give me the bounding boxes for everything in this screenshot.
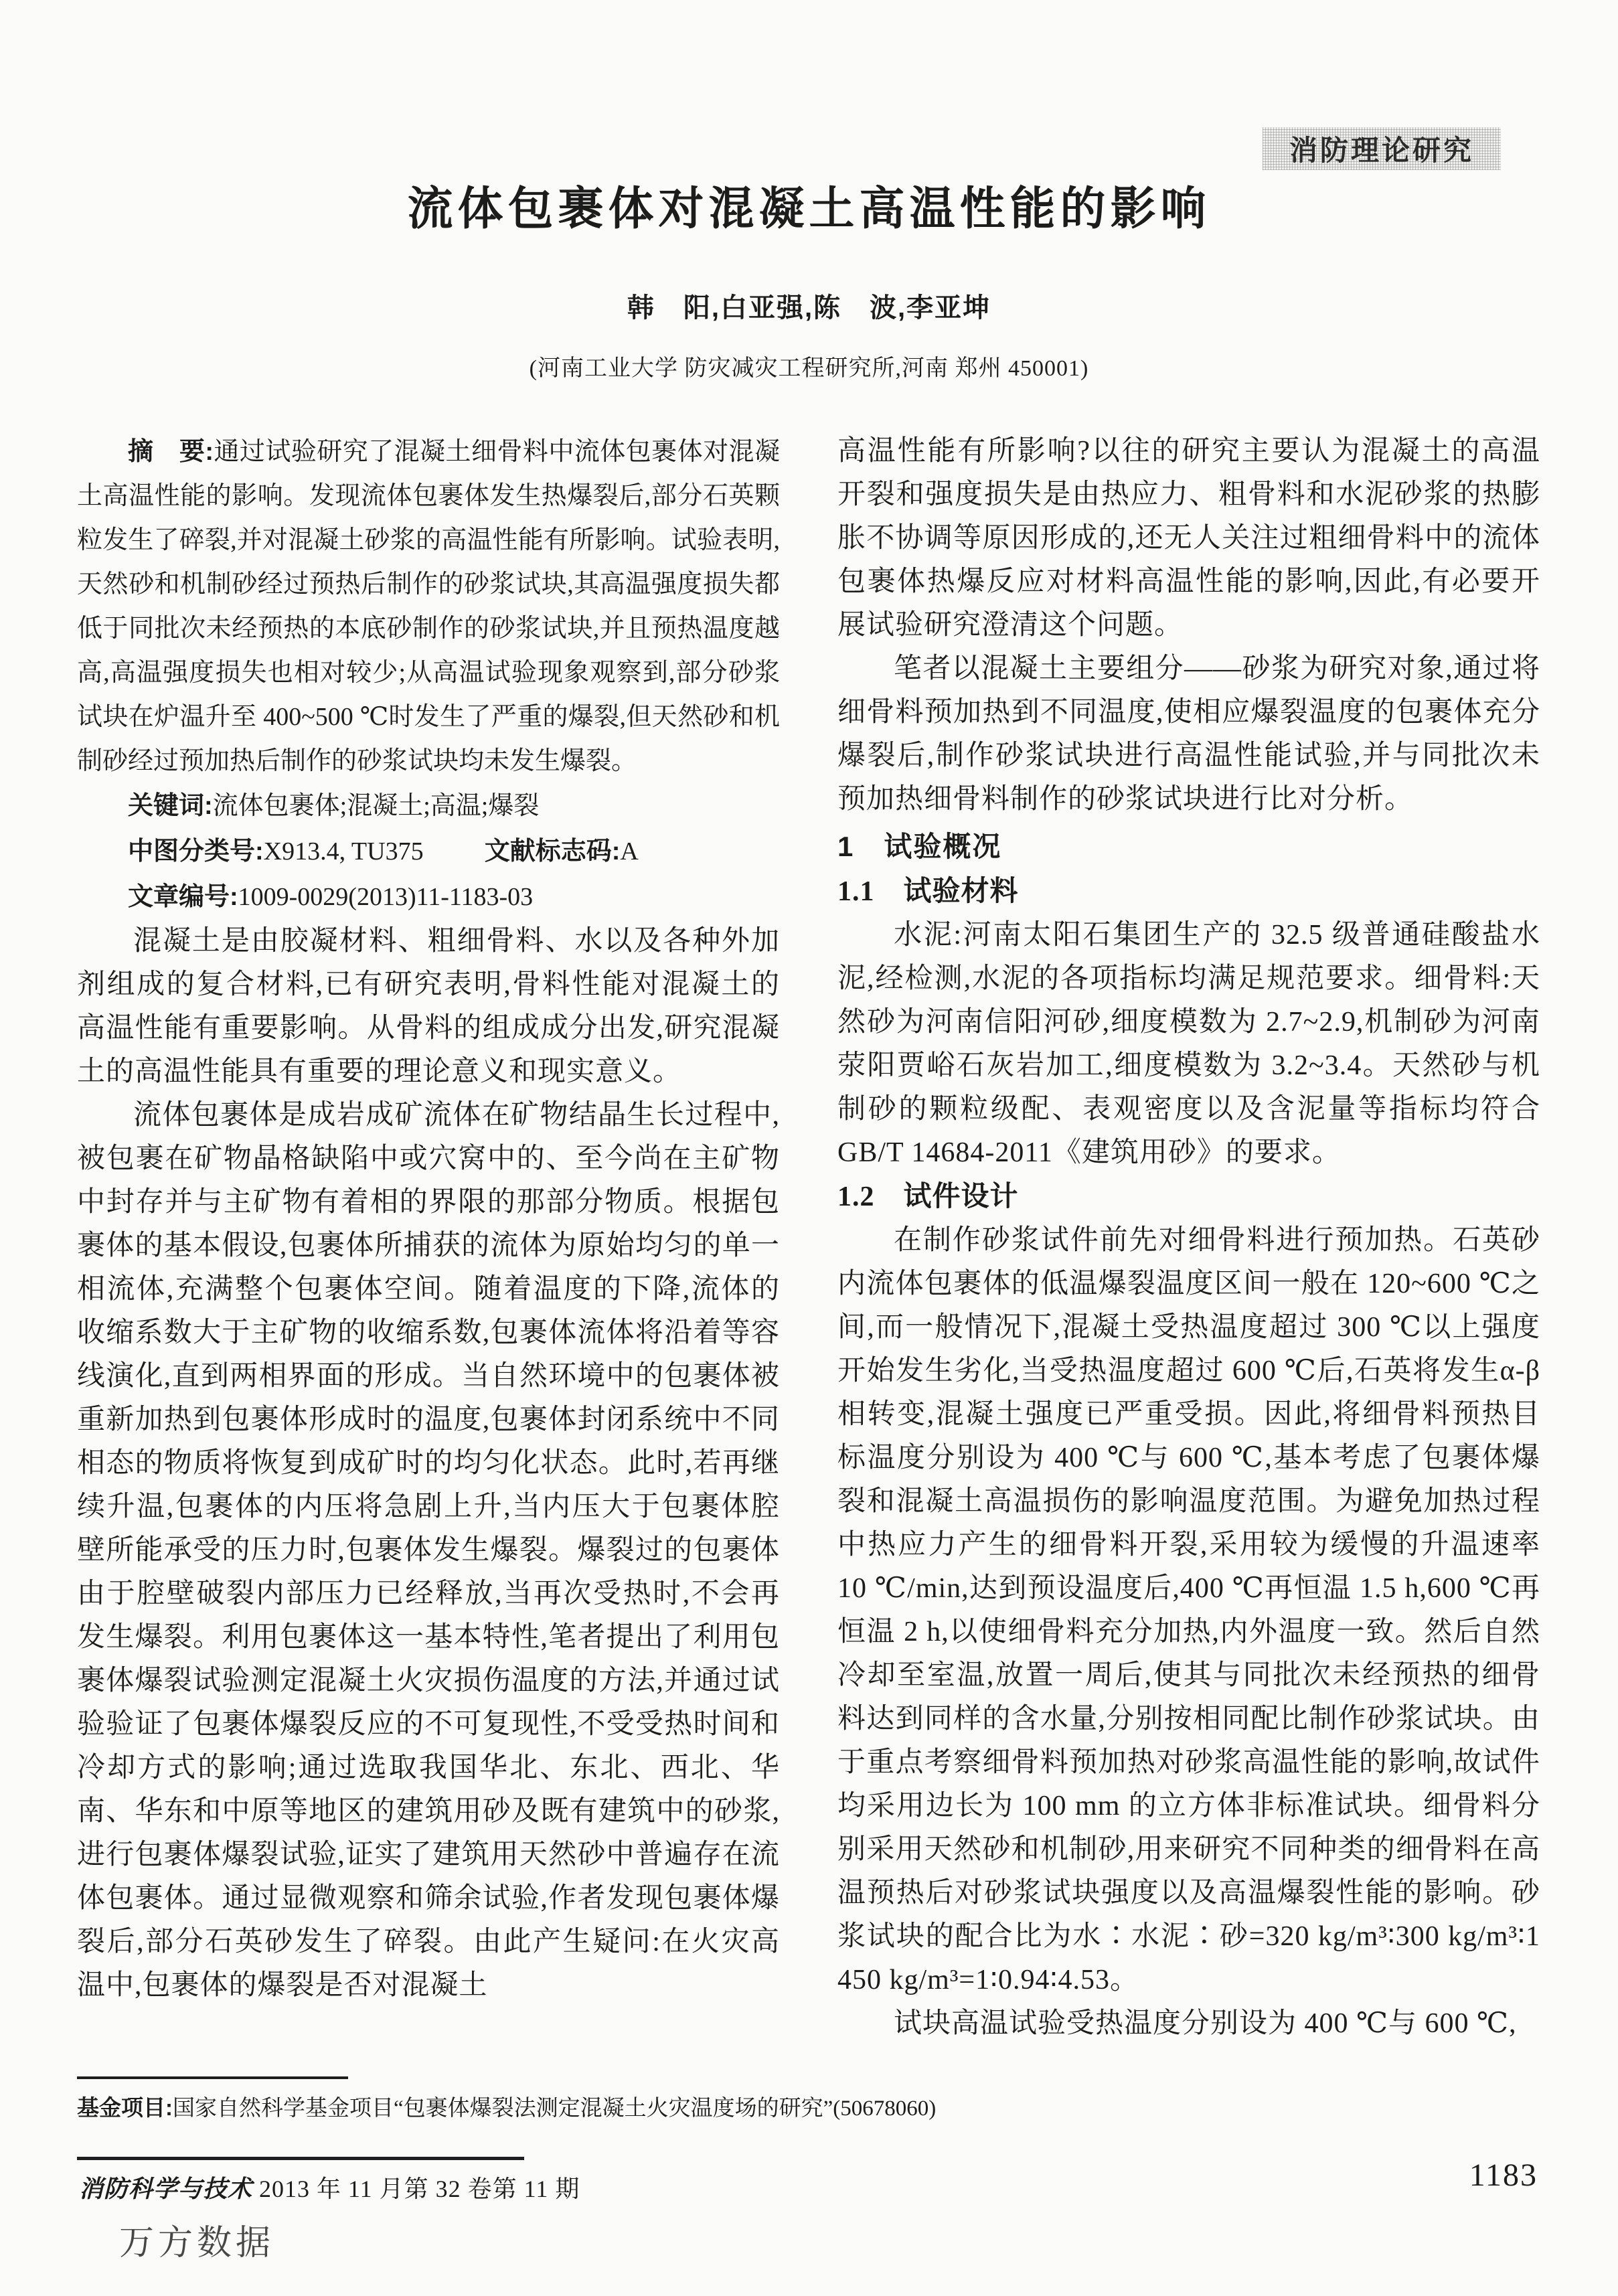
clc-label: 中图分类号: — [128, 837, 264, 866]
column-category-label: 消防理论研究 — [1289, 129, 1474, 169]
paragraph-fluid-inclusion: 流体包裹体是成岩成矿流体在矿物结晶生长过程中,被包裹在矿物晶格缺陷中或穴窝中的、… — [77, 1094, 780, 2007]
section-heading-1: 1 试验概况 — [837, 824, 1540, 870]
article-id-line: 文章编号:1009-0029(2013)11-1183-03 — [77, 874, 780, 920]
paragraph-test-temperature: 试块高温试验受热温度分别设为 400 ℃与 600 ℃, — [837, 2002, 1540, 2046]
footer-rule — [77, 2157, 524, 2160]
paragraph-specimen-design: 在制作砂浆试件前先对细骨料进行预加热。石英砂内流体包裹体的低温爆裂温度区间一般在… — [837, 1219, 1540, 2002]
section-heading-1-1: 1.1 试验材料 — [837, 870, 1540, 914]
keywords-line: 关键词:流体包裹体;混凝土;高温;爆裂 — [77, 783, 780, 829]
page-title: 流体包裹体对混凝土高温性能的影响 — [77, 173, 1541, 238]
scanned-paper-page: 消防理论研究 流体包裹体对混凝土高温性能的影响 韩 阳,白亚强,陈 波,李亚坤 … — [0, 0, 1618, 2296]
clc-value: X913.4, TU375 — [264, 837, 424, 866]
paragraph-continuation: 高温性能有所影响?以往的研究主要认为混凝土的高温开裂和强度损失是由热应力、粗骨料… — [837, 430, 1540, 647]
column-category-tag: 消防理论研究 — [1263, 127, 1501, 170]
authors-line: 韩 阳,白亚强,陈 波,李亚坤 — [77, 286, 1541, 325]
abstract: 摘 要:通过试验研究了混凝土细骨料中流体包裹体对混凝土高温性能的影响。发现流体包… — [77, 430, 780, 783]
page-number: 1183 — [1469, 2157, 1538, 2194]
funding-label: 基金项目: — [77, 2095, 173, 2120]
right-column: 高温性能有所影响?以往的研究主要认为混凝土的高温开裂和强度损失是由热应力、粗骨料… — [837, 430, 1540, 2046]
abstract-label: 摘 要: — [128, 438, 214, 466]
two-column-body: 摘 要:通过试验研究了混凝土细骨料中流体包裹体对混凝土高温性能的影响。发现流体包… — [77, 430, 1541, 2046]
paragraph-intro-concrete: 混凝土是由胶凝材料、粗细骨料、水以及各种外加剂组成的复合材料,已有研究表明,骨料… — [77, 920, 780, 1094]
journal-issue-line: 消防科学与技术2013 年 11 月第 32 卷第 11 期 — [79, 2170, 580, 2204]
left-column: 摘 要:通过试验研究了混凝土细骨料中流体包裹体对混凝土高温性能的影响。发现流体包… — [77, 430, 780, 2007]
paragraph-materials: 水泥:河南太阳石集团生产的 32.5 级普通硅酸盐水泥,经检测,水泥的各项指标均… — [837, 914, 1540, 1175]
article-id-value: 1009-0029(2013)11-1183-03 — [238, 883, 533, 911]
funding-text: 国家自然科学基金项目“包裹体爆裂法测定混凝土火灾温度场的研究”(50678060… — [173, 2097, 936, 2121]
journal-issue-info: 2013 年 11 月第 32 卷第 11 期 — [259, 2176, 580, 2202]
article-id-label: 文章编号: — [128, 883, 238, 911]
keywords-text: 流体包裹体;混凝土;高温;爆裂 — [213, 792, 540, 820]
keywords-label: 关键词: — [128, 792, 213, 820]
funding-footnote: 基金项目:国家自然科学基金项目“包裹体爆裂法测定混凝土火灾温度场的研究”(506… — [77, 2092, 1541, 2125]
doc-code-label: 文献标志码: — [485, 837, 621, 866]
wanfang-watermark: 万方数据 — [119, 2214, 274, 2265]
journal-name: 消防科学与技术 — [79, 2176, 252, 2202]
section-heading-1-2: 1.2 试件设计 — [837, 1175, 1540, 1219]
affiliation-line: (河南工业大学 防灾减灾工程研究所,河南 郑州 450001) — [77, 349, 1541, 382]
abstract-text: 通过试验研究了混凝土细骨料中流体包裹体对混凝土高温性能的影响。发现流体包裹体发生… — [77, 438, 780, 775]
footnote-separator-rule — [77, 2076, 348, 2079]
doc-code-value: A — [620, 837, 638, 866]
clc-line: 中图分类号:X913.4, TU375文献标志码:A — [77, 829, 780, 874]
paragraph-research-object: 笔者以混凝土主要组分——砂浆为研究对象,通过将细骨料预加热到不同温度,使相应爆裂… — [837, 647, 1540, 821]
